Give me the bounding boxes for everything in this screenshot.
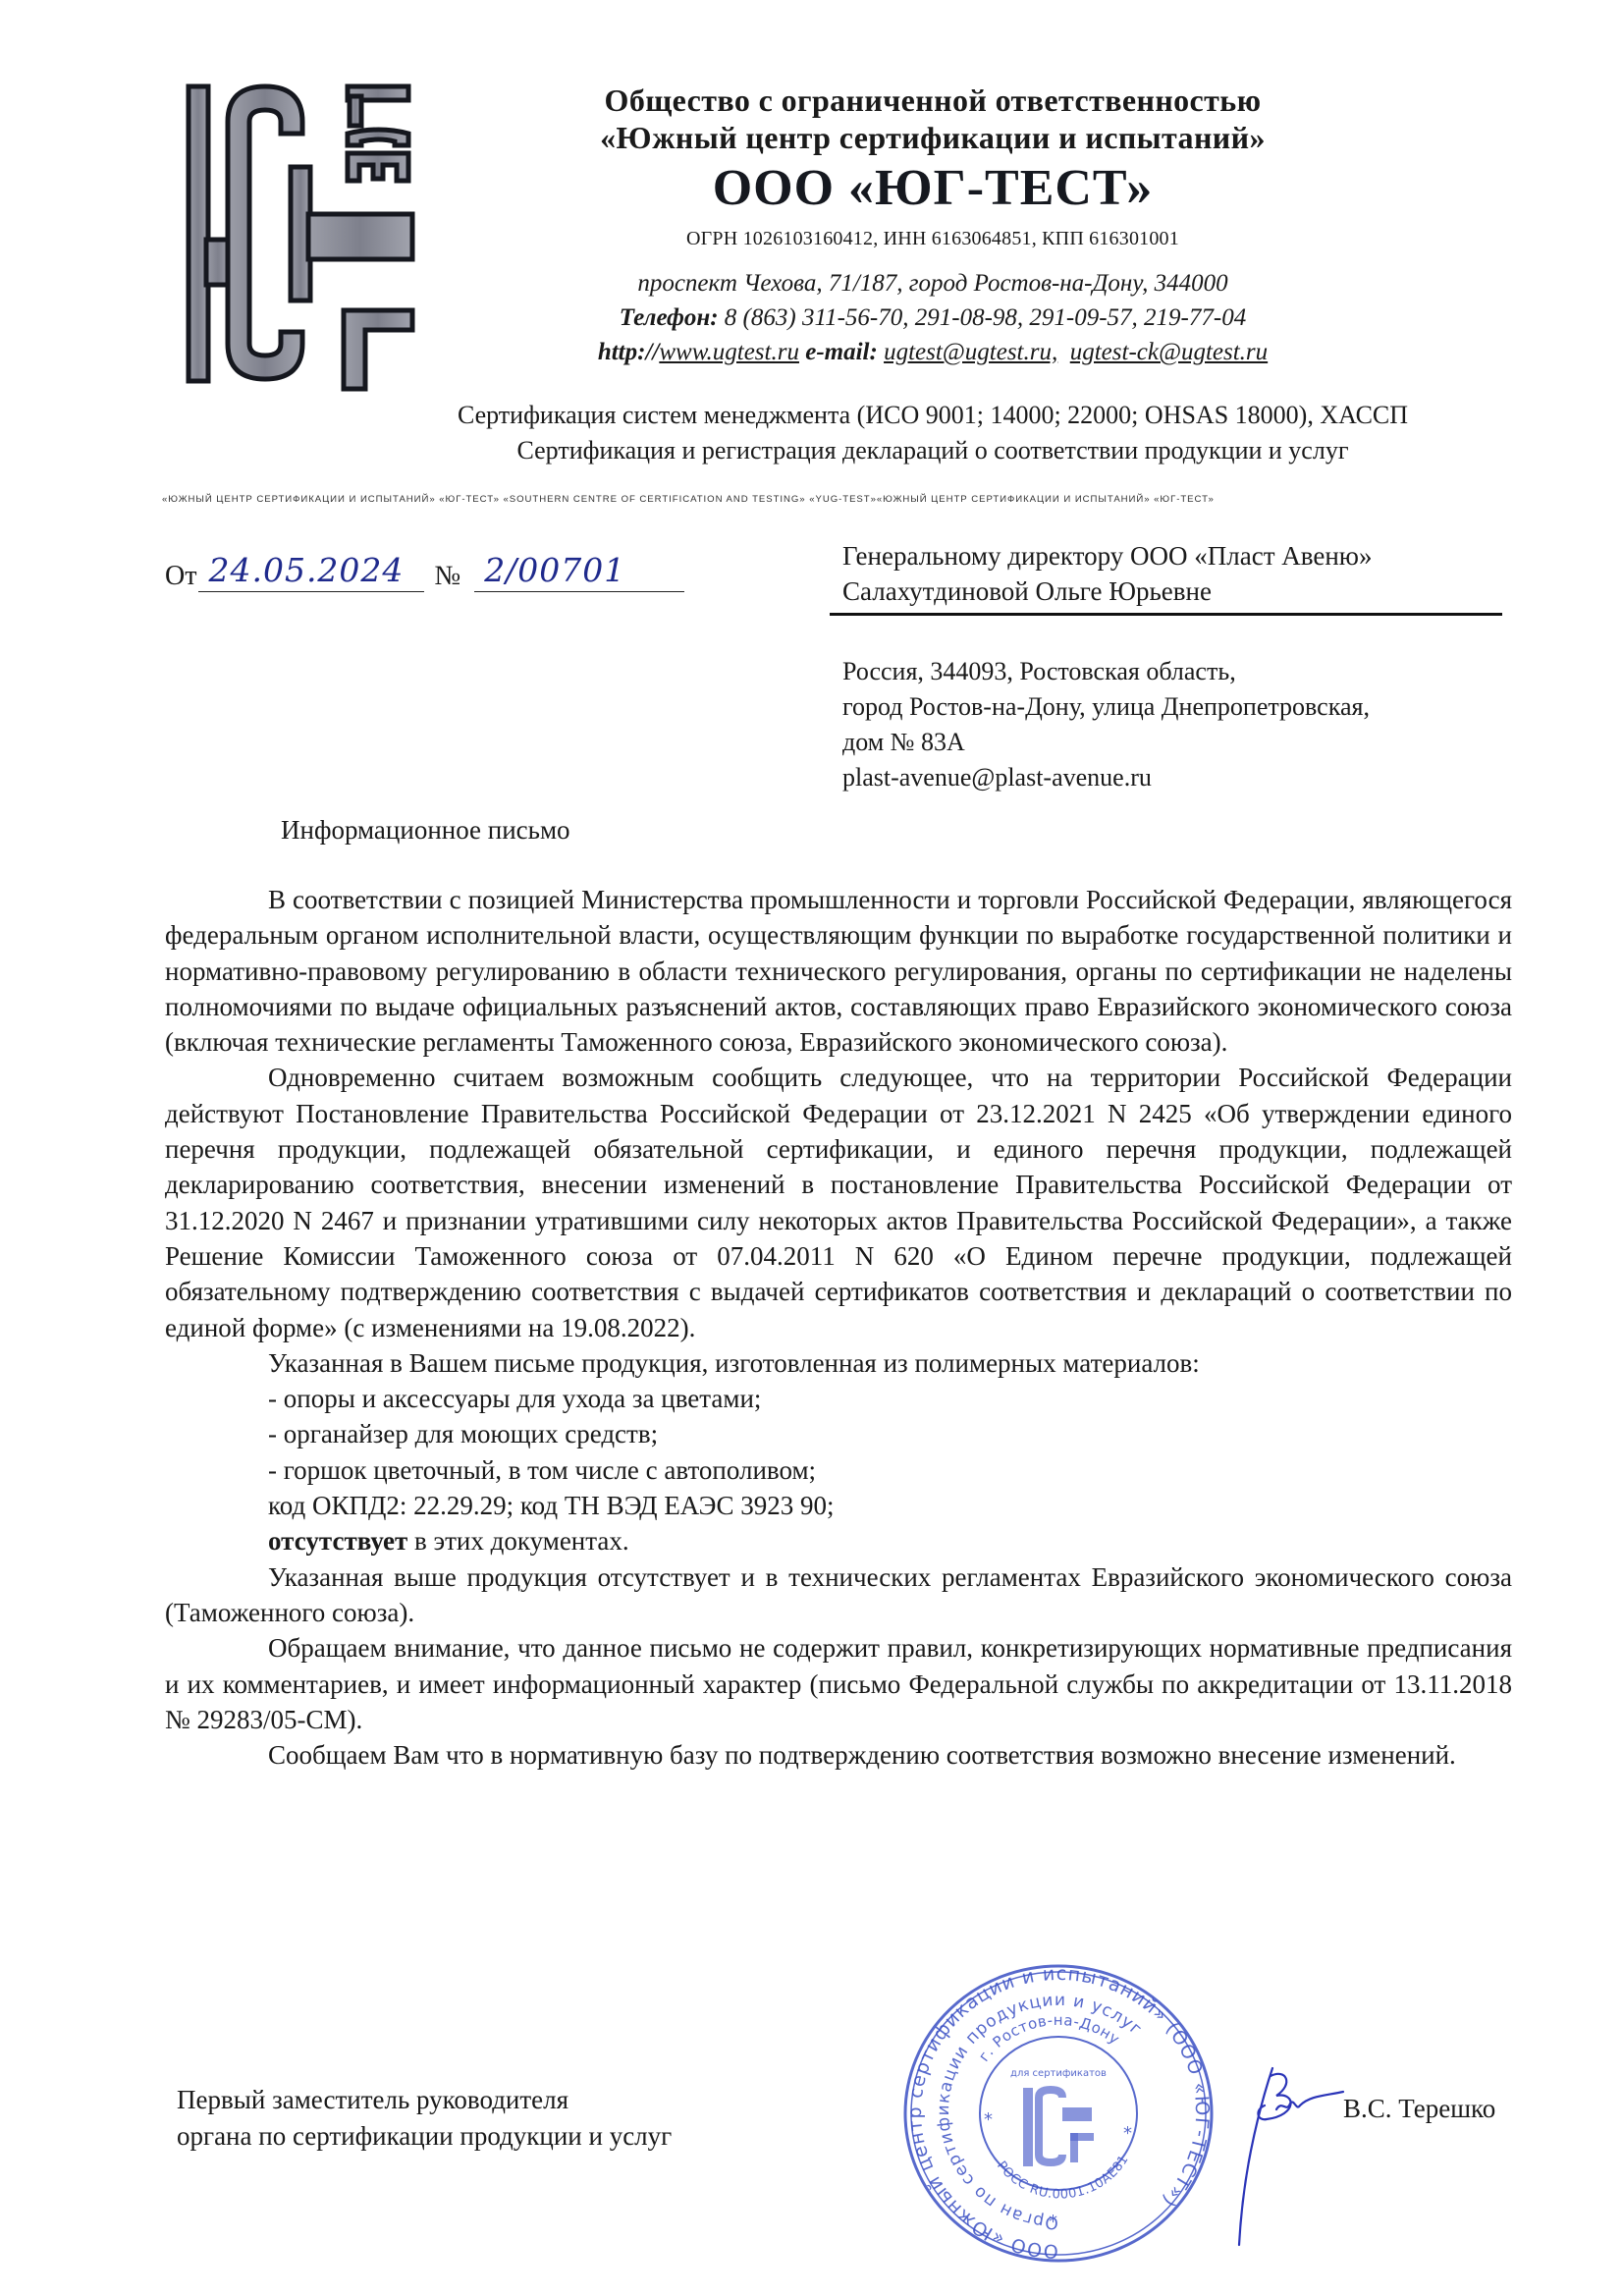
paragraph: В соответствии с позицией Министерства п…	[165, 882, 1512, 1060]
recipient-address-line: город Ростов-на-Дону, улица Днепропетров…	[842, 689, 1370, 725]
paragraph: Обращаем внимание, что данное письмо не …	[165, 1630, 1512, 1737]
paragraph: Указанная выше продукция отсутствует и в…	[165, 1559, 1512, 1631]
svg-text:*: *	[1123, 2123, 1132, 2144]
recipient-address: Россия, 344093, Ростовская область, горо…	[842, 654, 1370, 795]
product-item: - опоры и аксессуары для ухода за цветам…	[165, 1381, 1512, 1416]
recipient-divider	[830, 613, 1502, 616]
paragraph: Указанная в Вашем письме продукция, изго…	[165, 1345, 1512, 1381]
signer-position: Первый заместитель руководителя органа п…	[177, 2082, 672, 2155]
email-label: e-mail:	[799, 339, 884, 365]
number-label: №	[434, 561, 460, 592]
handwritten-date: 24.05.2024	[208, 551, 404, 589]
website-link[interactable]: www.ugtest.ru	[659, 339, 799, 365]
reference-line: От 24.05.2024 № 2/00701	[165, 556, 684, 592]
absence-statement: отсутствует в этих документах.	[165, 1523, 1512, 1558]
handwritten-signature-icon	[1237, 2062, 1355, 2249]
product-item: - горшок цветочный, в том числе с автопо…	[165, 1452, 1512, 1488]
brand-name: ООО «ЮГ-ТЕСТ»	[491, 159, 1375, 217]
absent-bold: отсутствует	[268, 1526, 407, 1556]
email-link-2[interactable]: ugtest-ck@ugtest.ru	[1070, 339, 1268, 365]
company-contacts: http://www.ugtest.ru e-mail: ugtest@ugte…	[491, 339, 1375, 366]
letterhead-ribbon: «ЮЖНЫЙ ЦЕНТР СЕРТИФИКАЦИИ И ИСПЫТАНИЙ» «…	[162, 494, 1532, 505]
handwritten-number: 2/00701	[484, 551, 625, 589]
org-full-name-line2: «Южный центр сертификации и испытаний»	[491, 120, 1375, 156]
recipient-address-line: Россия, 344093, Ростовская область,	[842, 654, 1370, 689]
from-label: От	[165, 561, 196, 592]
signer-name: В.С. Терешко	[1343, 2094, 1495, 2124]
company-stamp-icon: ООО «Южный центр сертификации и испытани…	[901, 1960, 1216, 2267]
svg-text:*: *	[984, 2109, 993, 2130]
product-codes: код ОКПД2: 22.29.29; код ТН ВЭД ЕАЭС 392…	[165, 1488, 1512, 1523]
registration-details: ОГРН 1026103160412, ИНН 6163064851, КПП …	[491, 228, 1375, 250]
number-field: 2/00701	[474, 556, 684, 592]
recipient-name: Салахутдиновой Ольге Юрьевне	[842, 574, 1372, 609]
paragraph: Сообщаем Вам что в нормативную базу по п…	[165, 1737, 1512, 1773]
letter-body: В соответствии с позицией Министерства п…	[165, 882, 1512, 1773]
phone-numbers: 8 (863) 311-56-70, 291-08-98, 291-09-57,…	[719, 304, 1247, 331]
svg-text:*: *	[1049, 2212, 1057, 2232]
org-full-name-line1: Общество с ограниченной ответственностью	[491, 82, 1375, 119]
services-line-1: Сертификация систем менеджмента (ИСО 900…	[324, 401, 1542, 430]
recipient-email[interactable]: plast-avenue@plast-avenue.ru	[842, 760, 1370, 795]
letter-title: Информационное письмо	[281, 815, 570, 846]
date-field: 24.05.2024	[198, 556, 424, 592]
recipient-address-line: дом № 83А	[842, 725, 1370, 760]
services-line-2: Сертификация и регистрация деклараций о …	[324, 436, 1542, 465]
phone-label: Телефон:	[620, 304, 719, 331]
company-address: проспект Чехова, 71/187, город Ростов-на…	[491, 270, 1375, 298]
email-link-1[interactable]: ugtest@ugtest.ru,	[884, 339, 1057, 365]
recipient-block: Генеральному директору ООО «Пласт Авеню»…	[842, 538, 1372, 609]
recipient-position: Генеральному директору ООО «Пласт Авеню»	[842, 538, 1372, 574]
product-item: - органайзер для моющих средств;	[165, 1416, 1512, 1451]
yug-test-logo-icon	[185, 82, 420, 395]
stamp-center-small: для сертификатов	[1010, 2068, 1107, 2079]
company-phones: Телефон: 8 (863) 311-56-70, 291-08-98, 2…	[491, 304, 1375, 332]
paragraph: Одновременно считаем возможным сообщить …	[165, 1060, 1512, 1344]
web-prefix: http://	[598, 339, 660, 365]
